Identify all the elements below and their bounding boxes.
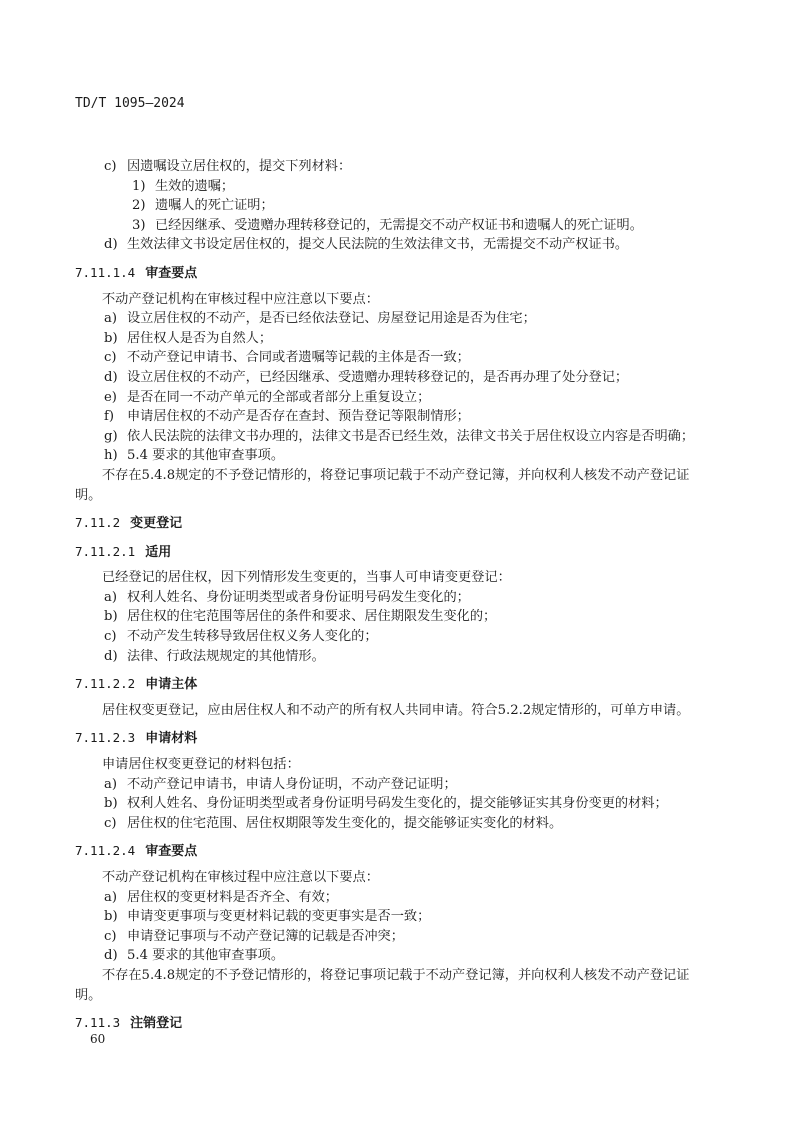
list-marker: b) (104, 794, 118, 814)
list-text: 不动产登记申请书、合同或者遗嘱等记载的主体是否一致； (127, 350, 470, 365)
list-marker: a) (104, 309, 117, 329)
list-item: c) 因遗嘱设立居住权的，提交下列材料： (75, 157, 715, 177)
section-heading: 7.11.1.4审查要点 (75, 263, 715, 284)
list-marker: b) (104, 607, 118, 627)
sub-list-item: 3) 已经因继承、受遗赠办理转移登记的，无需提交不动产权证书和遗嘱人的死亡证明。 (75, 216, 715, 236)
section-title: 申请材料 (145, 731, 197, 746)
list-marker: d) (104, 647, 118, 667)
section-intro: 不动产登记机构在审核过程中应注意以下要点： (75, 290, 715, 310)
section-number: 7.11.2.4 (75, 843, 135, 858)
list-marker: b) (104, 329, 118, 349)
list-marker: c) (104, 157, 117, 177)
section-title: 审查要点 (145, 266, 197, 281)
list-text: 不动产登记申请书，申请人身份证明，不动产登记证明； (127, 777, 457, 792)
list-item: c)申请登记事项与不动产登记簿的记载是否冲突； (75, 927, 715, 947)
list-text: 申请变更事项与变更材料记载的变更事实是否一致； (127, 909, 430, 924)
section-number: 7.11.2.3 (75, 730, 135, 745)
section-heading: 7.11.2变更登记 (75, 513, 715, 534)
list-marker: c) (104, 927, 117, 947)
list-text: 是否在同一不动产单元的全部或者部分上重复设立； (127, 390, 430, 405)
list-text: 居住权的变更材料是否齐全、有效； (127, 890, 338, 905)
list-text: 遗嘱人的死亡证明； (155, 198, 274, 213)
section-intro: 申请居住权变更登记的材料包括： (75, 755, 715, 775)
list-marker: g) (104, 427, 118, 447)
list-text: 5.4 要求的其他审查事项。 (127, 948, 284, 963)
closing-paragraph: 不存在5.4.8规定的不予登记情形的，将登记事项记载于不动产登记簿，并向权利人核… (75, 966, 715, 1005)
section-number: 7.11.2 (75, 515, 120, 530)
list-marker: a) (104, 888, 117, 908)
list-text: 已经因继承、受遗赠办理转移登记的，无需提交不动产权证书和遗嘱人的死亡证明。 (155, 218, 643, 233)
section-heading: 7.11.2.4审查要点 (75, 841, 715, 862)
list-text: 依人民法院的法律文书办理的，法律文书是否已经生效，法律文书关于居住权设立内容是否… (127, 429, 694, 444)
list-item: a)居住权的变更材料是否齐全、有效； (75, 888, 715, 908)
list-item: b)权利人姓名、身份证明类型或者身份证明号码发生变化的，提交能够证实其身份变更的… (75, 794, 715, 814)
list-marker: c) (104, 348, 117, 368)
list-item: a)权利人姓名、身份证明类型或者身份证明号码发生变化的； (75, 588, 715, 608)
section-heading: 7.11.2.1适用 (75, 542, 715, 563)
list-item: c)居住权的住宅范围、居住权期限等发生变化的，提交能够证实变化的材料。 (75, 814, 715, 834)
list-marker: d) (104, 368, 118, 388)
list-marker: d) (104, 235, 118, 255)
list-text: 生效的遗嘱； (155, 179, 234, 194)
list-item: e)是否在同一不动产单元的全部或者部分上重复设立； (75, 388, 715, 408)
section-title: 申请主体 (145, 677, 197, 692)
section-number: 7.11.2.2 (75, 676, 135, 691)
standard-id: TD/T 1095—2024 (75, 96, 185, 111)
sub-list-item: 1) 生效的遗嘱； (75, 177, 715, 197)
section-heading: 7.11.3注销登记 (75, 1013, 715, 1034)
list-item: c)不动产登记申请书、合同或者遗嘱等记载的主体是否一致； (75, 348, 715, 368)
list-item: b)申请变更事项与变更材料记载的变更事实是否一致； (75, 907, 715, 927)
list-text: 不动产发生转移导致居住权义务人变化的； (127, 629, 378, 644)
section-title: 适用 (145, 545, 171, 560)
list-item: d) 生效法律文书设定居住权的，提交人民法院的生效法律文书，无需提交不动产权证书… (75, 235, 715, 255)
list-item: f)申请居住权的不动产是否存在查封、预告登记等限制情形； (75, 407, 715, 427)
section-heading: 7.11.2.3申请材料 (75, 728, 715, 749)
section-title: 审查要点 (145, 844, 197, 859)
list-item: g)依人民法院的法律文书办理的，法律文书是否已经生效，法律文书关于居住权设立内容… (75, 427, 715, 447)
list-item: h)5.4 要求的其他审查事项。 (75, 446, 715, 466)
section-intro: 已经登记的居住权，因下列情形发生变更的，当事人可申请变更登记： (75, 568, 715, 588)
list-item: a)设立居住权的不动产，是否已经依法登记、房屋登记用途是否为住宅； (75, 309, 715, 329)
section-paragraph: 居住权变更登记，应由居住权人和不动产的所有权人共同申请。符合5.2.2规定情形的… (75, 701, 715, 721)
section-number: 7.11.1.4 (75, 265, 135, 280)
list-item: d)5.4 要求的其他审查事项。 (75, 946, 715, 966)
list-text: 居住权的住宅范围等居住的条件和要求、居住期限发生变化的； (127, 609, 496, 624)
list-text: 法律、行政法规规定的其他情形。 (127, 649, 325, 664)
list-item: c)不动产发生转移导致居住权义务人变化的； (75, 627, 715, 647)
sub-list-item: 2) 遗嘱人的死亡证明； (75, 196, 715, 216)
list-text: 设立居住权的不动产，已经因继承、受遗赠办理转移登记的，是否再办理了处分登记； (127, 370, 628, 385)
section-number: 7.11.2.1 (75, 544, 135, 559)
list-item: b)居住权的住宅范围等居住的条件和要求、居住期限发生变化的； (75, 607, 715, 627)
list-text: 居住权人是否为自然人； (127, 331, 272, 346)
list-marker: c) (104, 627, 117, 647)
list-text: 权利人姓名、身份证明类型或者身份证明号码发生变化的，提交能够证实其身份变更的材料… (127, 796, 668, 811)
section-intro: 不动产登记机构在审核过程中应注意以下要点： (75, 868, 715, 888)
closing-paragraph: 不存在5.4.8规定的不予登记情形的，将登记事项记载于不动产登记簿，并向权利人核… (75, 466, 715, 505)
list-text: 5.4 要求的其他审查事项。 (127, 448, 284, 463)
list-marker: d) (104, 946, 118, 966)
list-marker: 3) (132, 216, 146, 236)
list-item: d)法律、行政法规规定的其他情形。 (75, 647, 715, 667)
list-text: 设立居住权的不动产，是否已经依法登记、房屋登记用途是否为住宅； (127, 311, 536, 326)
section-title: 注销登记 (130, 1016, 182, 1031)
section-number: 7.11.3 (75, 1015, 120, 1030)
section-title: 变更登记 (130, 516, 182, 531)
list-marker: 2) (132, 196, 146, 216)
list-marker: a) (104, 775, 117, 795)
list-item: a)不动产登记申请书，申请人身份证明，不动产登记证明； (75, 775, 715, 795)
list-item: d)设立居住权的不动产，已经因继承、受遗赠办理转移登记的，是否再办理了处分登记； (75, 368, 715, 388)
list-text: 因遗嘱设立居住权的，提交下列材料： (127, 159, 351, 174)
list-marker: c) (104, 814, 117, 834)
list-text: 权利人姓名、身份证明类型或者身份证明号码发生变化的； (127, 590, 470, 605)
list-text: 申请登记事项与不动产登记簿的记载是否冲突； (127, 929, 404, 944)
list-marker: h) (104, 446, 118, 466)
list-marker: a) (104, 588, 117, 608)
list-text: 申请居住权的不动产是否存在查封、预告登记等限制情形； (127, 409, 470, 424)
section-heading: 7.11.2.2申请主体 (75, 674, 715, 695)
list-text: 居住权的住宅范围、居住权期限等发生变化的，提交能够证实变化的材料。 (127, 816, 562, 831)
list-marker: 1) (132, 177, 146, 197)
list-text: 生效法律文书设定居住权的，提交人民法院的生效法律文书，无需提交不动产权证书。 (127, 237, 628, 252)
list-marker: e) (104, 388, 117, 408)
list-marker: f) (104, 407, 114, 427)
page-number: 60 (90, 1032, 105, 1046)
list-marker: b) (104, 907, 118, 927)
list-item: b)居住权人是否为自然人； (75, 329, 715, 349)
page-body: c) 因遗嘱设立居住权的，提交下列材料： 1) 生效的遗嘱； 2) 遗嘱人的死亡… (75, 157, 715, 1040)
